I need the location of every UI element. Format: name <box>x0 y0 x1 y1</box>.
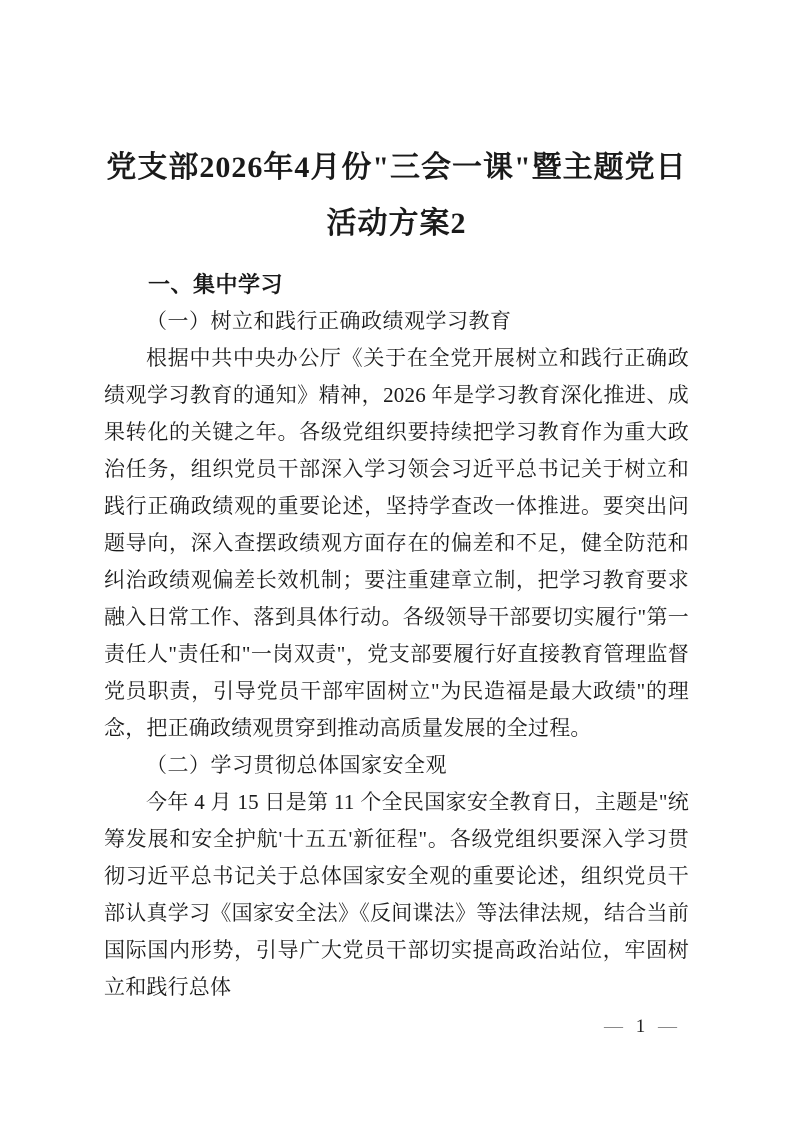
document-title-line2: 活动方案2 <box>104 196 689 252</box>
page-number-dash-right: — <box>654 1016 681 1037</box>
document-page: 党支部2026年4月份"三会一课"暨主题党日 活动方案2 一、集中学习 （一）树… <box>0 0 793 1122</box>
section-heading-collective-study: 一、集中学习 <box>104 266 689 303</box>
document-title-line1: 党支部2026年4月份"三会一课"暨主题党日 <box>104 140 689 196</box>
paragraph-national-security-concept: 今年 4 月 15 日是第 11 个全民国家安全教育日，主题是"统筹发展和安全护… <box>104 784 689 1006</box>
page-number-dash-left: — <box>600 1016 627 1037</box>
document-content: 党支部2026年4月份"三会一课"暨主题党日 活动方案2 一、集中学习 （一）树… <box>0 0 793 1006</box>
page-number-value: 1 <box>632 1016 650 1037</box>
subsection-heading-political-achievement-education: （一）树立和践行正确政绩观学习教育 <box>104 303 689 340</box>
document-title: 党支部2026年4月份"三会一课"暨主题党日 活动方案2 <box>104 140 689 252</box>
page-number: — 1 — <box>600 1016 681 1038</box>
paragraph-political-achievement-education: 根据中共中央办公厅《关于在全党开展树立和践行正确政绩观学习教育的通知》精神，20… <box>104 340 689 747</box>
subsection-heading-national-security-concept: （二）学习贯彻总体国家安全观 <box>104 747 689 784</box>
